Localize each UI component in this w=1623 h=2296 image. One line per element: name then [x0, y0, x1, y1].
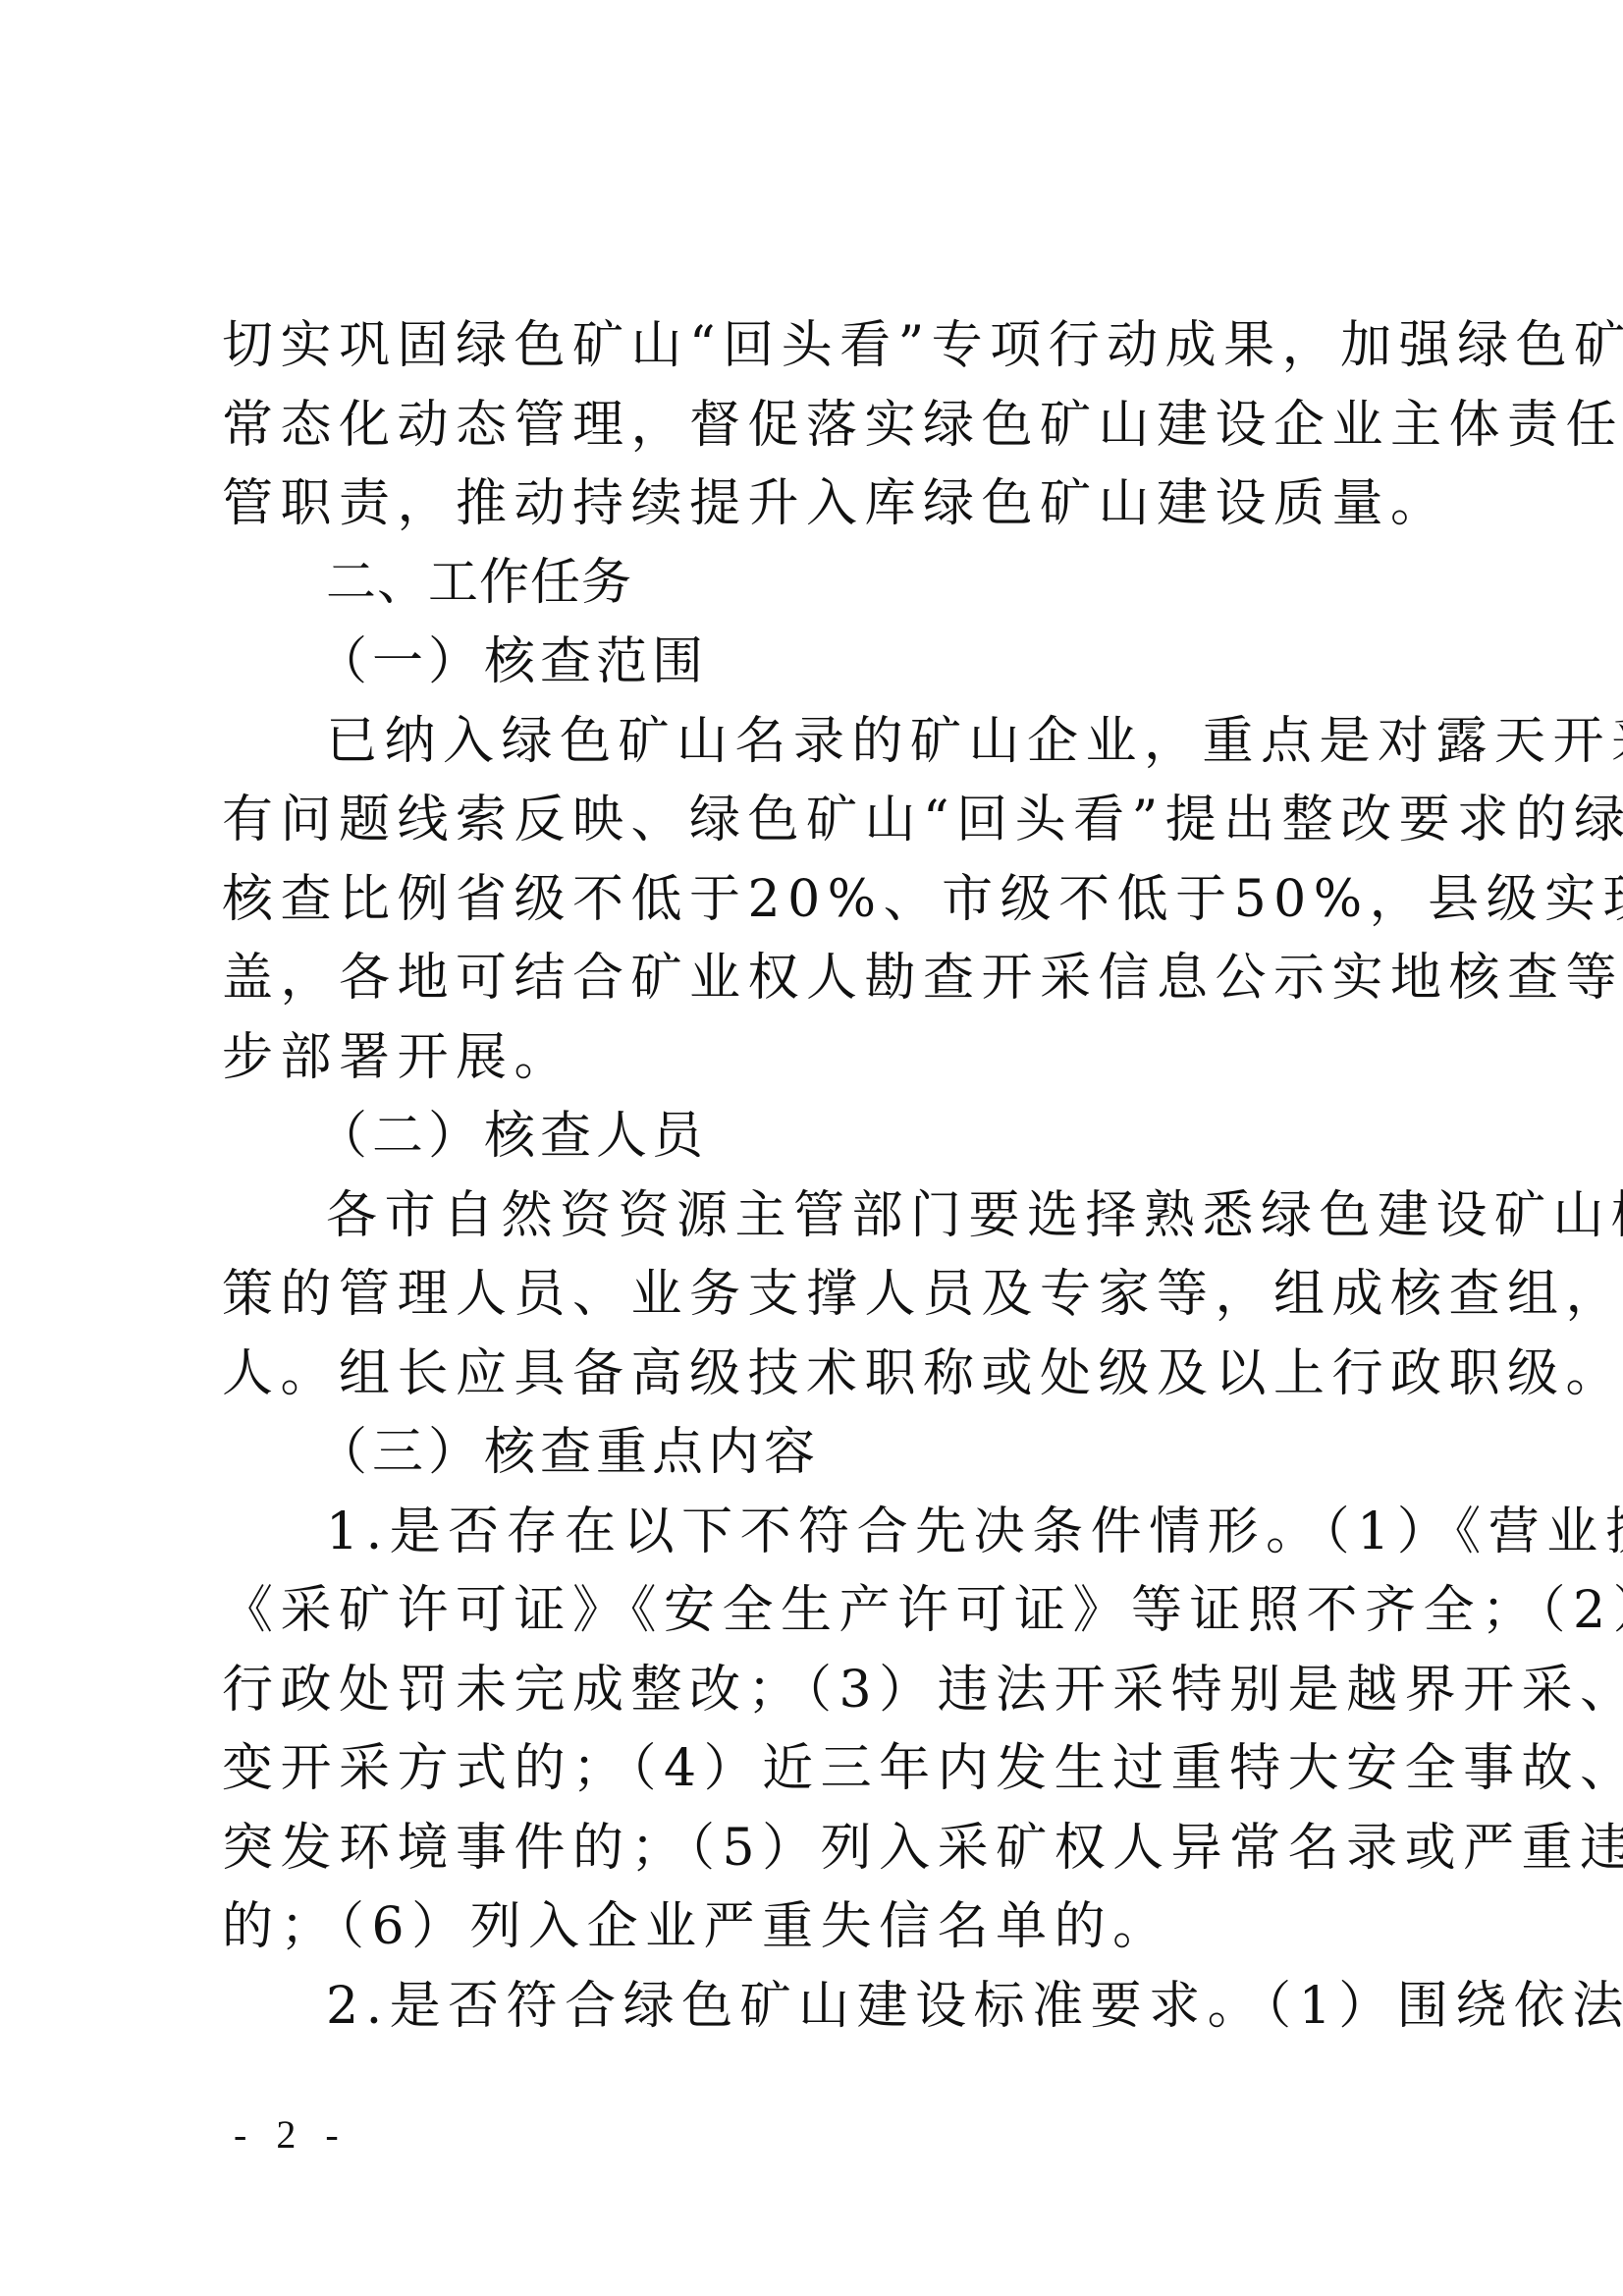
paragraph-line: 已纳入绿色矿山名录的矿山企业，重点是对露天开采矿山、	[222, 702, 1449, 782]
paragraph-line: 的；（6）列入企业严重失信名单的。	[222, 1887, 1449, 1967]
subsection-heading-key-content: （三）核查重点内容	[222, 1413, 1449, 1493]
subsection-heading-personnel: （二）核查人员	[222, 1097, 1449, 1176]
paragraph-line: 1.是否存在以下不符合先决条件情形。（1）《营业执照》	[222, 1493, 1449, 1572]
paragraph-line: 策的管理人员、业务支撑人员及专家等，组成核查组，每组3-5	[222, 1255, 1449, 1335]
paragraph-line: 步部署开展。	[222, 1018, 1449, 1098]
paragraph-line: 核查比例省级不低于20%、市级不低于50%，县级实现100%全覆	[222, 860, 1449, 940]
paragraph-line: 变开采方式的；（4）近三年内发生过重特大安全事故、重特大	[222, 1729, 1449, 1809]
paragraph-line: 人。组长应具备高级技术职称或处级及以上行政职级。	[222, 1335, 1449, 1414]
section-heading-work-tasks: 二、工作任务	[222, 544, 1449, 624]
paragraph-line: 常态化动态管理，督促落实绿色矿山建设企业主体责任和属地监	[222, 386, 1449, 465]
document-body: 切实巩固绿色矿山“回头看”专项行动成果，加强绿色矿山名录 常态化动态管理，督促落…	[222, 306, 1449, 2046]
paragraph-line: 管职责，推动持续提升入库绿色矿山建设质量。	[222, 465, 1449, 544]
paragraph-line: 突发环境事件的；（5）列入采矿权人异常名录或严重违法名单	[222, 1809, 1449, 1888]
paragraph-line: 盖，各地可结合矿业权人勘查开采信息公示实地核查等工作，同	[222, 939, 1449, 1018]
document-page: 切实巩固绿色矿山“回头看”专项行动成果，加强绿色矿山名录 常态化动态管理，督促落…	[0, 0, 1623, 2296]
paragraph-line: 2.是否符合绿色矿山建设标准要求。（1）围绕依法开采、	[222, 1967, 1449, 2047]
paragraph-line: 《采矿许可证》《安全生产许可证》等证照不齐全；（2）受到	[222, 1571, 1449, 1651]
paragraph-line: 切实巩固绿色矿山“回头看”专项行动成果，加强绿色矿山名录	[222, 306, 1449, 386]
paragraph-line: 各市自然资资源主管部门要选择熟悉绿色建设矿山标准政	[222, 1176, 1449, 1256]
paragraph-line: 有问题线索反映、绿色矿山“回头看”提出整改要求的绿色矿山。	[222, 781, 1449, 860]
page-number: - 2 -	[234, 2111, 349, 2158]
paragraph-line: 行政处罚未完成整改；（3）违法开采特别是越界开采、擅自改	[222, 1651, 1449, 1730]
subsection-heading-scope: （一）核查范围	[222, 623, 1449, 702]
